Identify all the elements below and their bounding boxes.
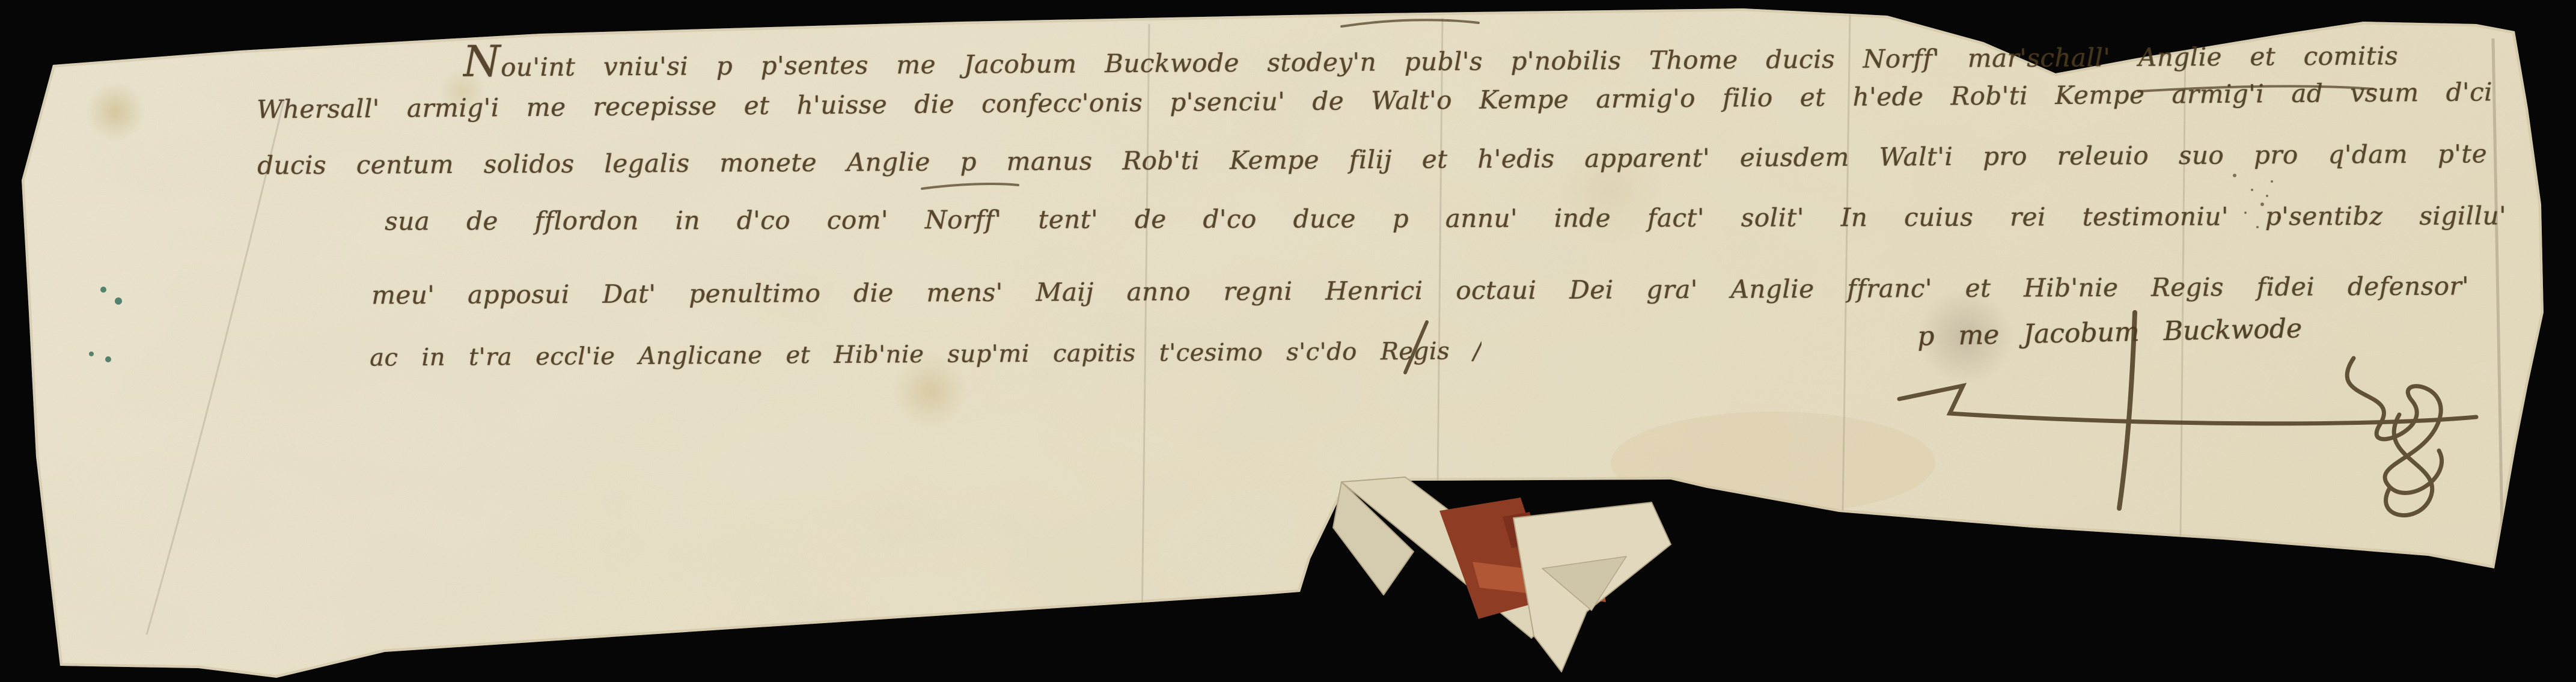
manuscript-line-2: Whersall' armig'i me recepisse et h'uiss…: [257, 76, 2492, 126]
photograph-stage: Nou'int vniu'si p p'sentes me Jacobum Bu…: [0, 0, 2576, 682]
manuscript-line-1: Nou'int vniu'si p p'sentes me Jacobum Bu…: [463, 32, 2398, 84]
manuscript-text-layer: Nou'int vniu'si p p'sentes me Jacobum Bu…: [0, 0, 2576, 682]
notary-signature: p me Jacobum Buckwode: [1917, 313, 2303, 353]
manuscript-line-6: ac in t'ra eccl'ie Anglicane et Hib'nie …: [370, 336, 1482, 373]
manuscript-line-4: sua de fflordon in d'co com' Norff' tent…: [385, 200, 2506, 237]
manuscript-line-5: meu' apposui Dat' penultimo die mens' Ma…: [371, 270, 2469, 311]
manuscript-line-3: ducis centum solidos legalis monete Angl…: [257, 138, 2487, 181]
